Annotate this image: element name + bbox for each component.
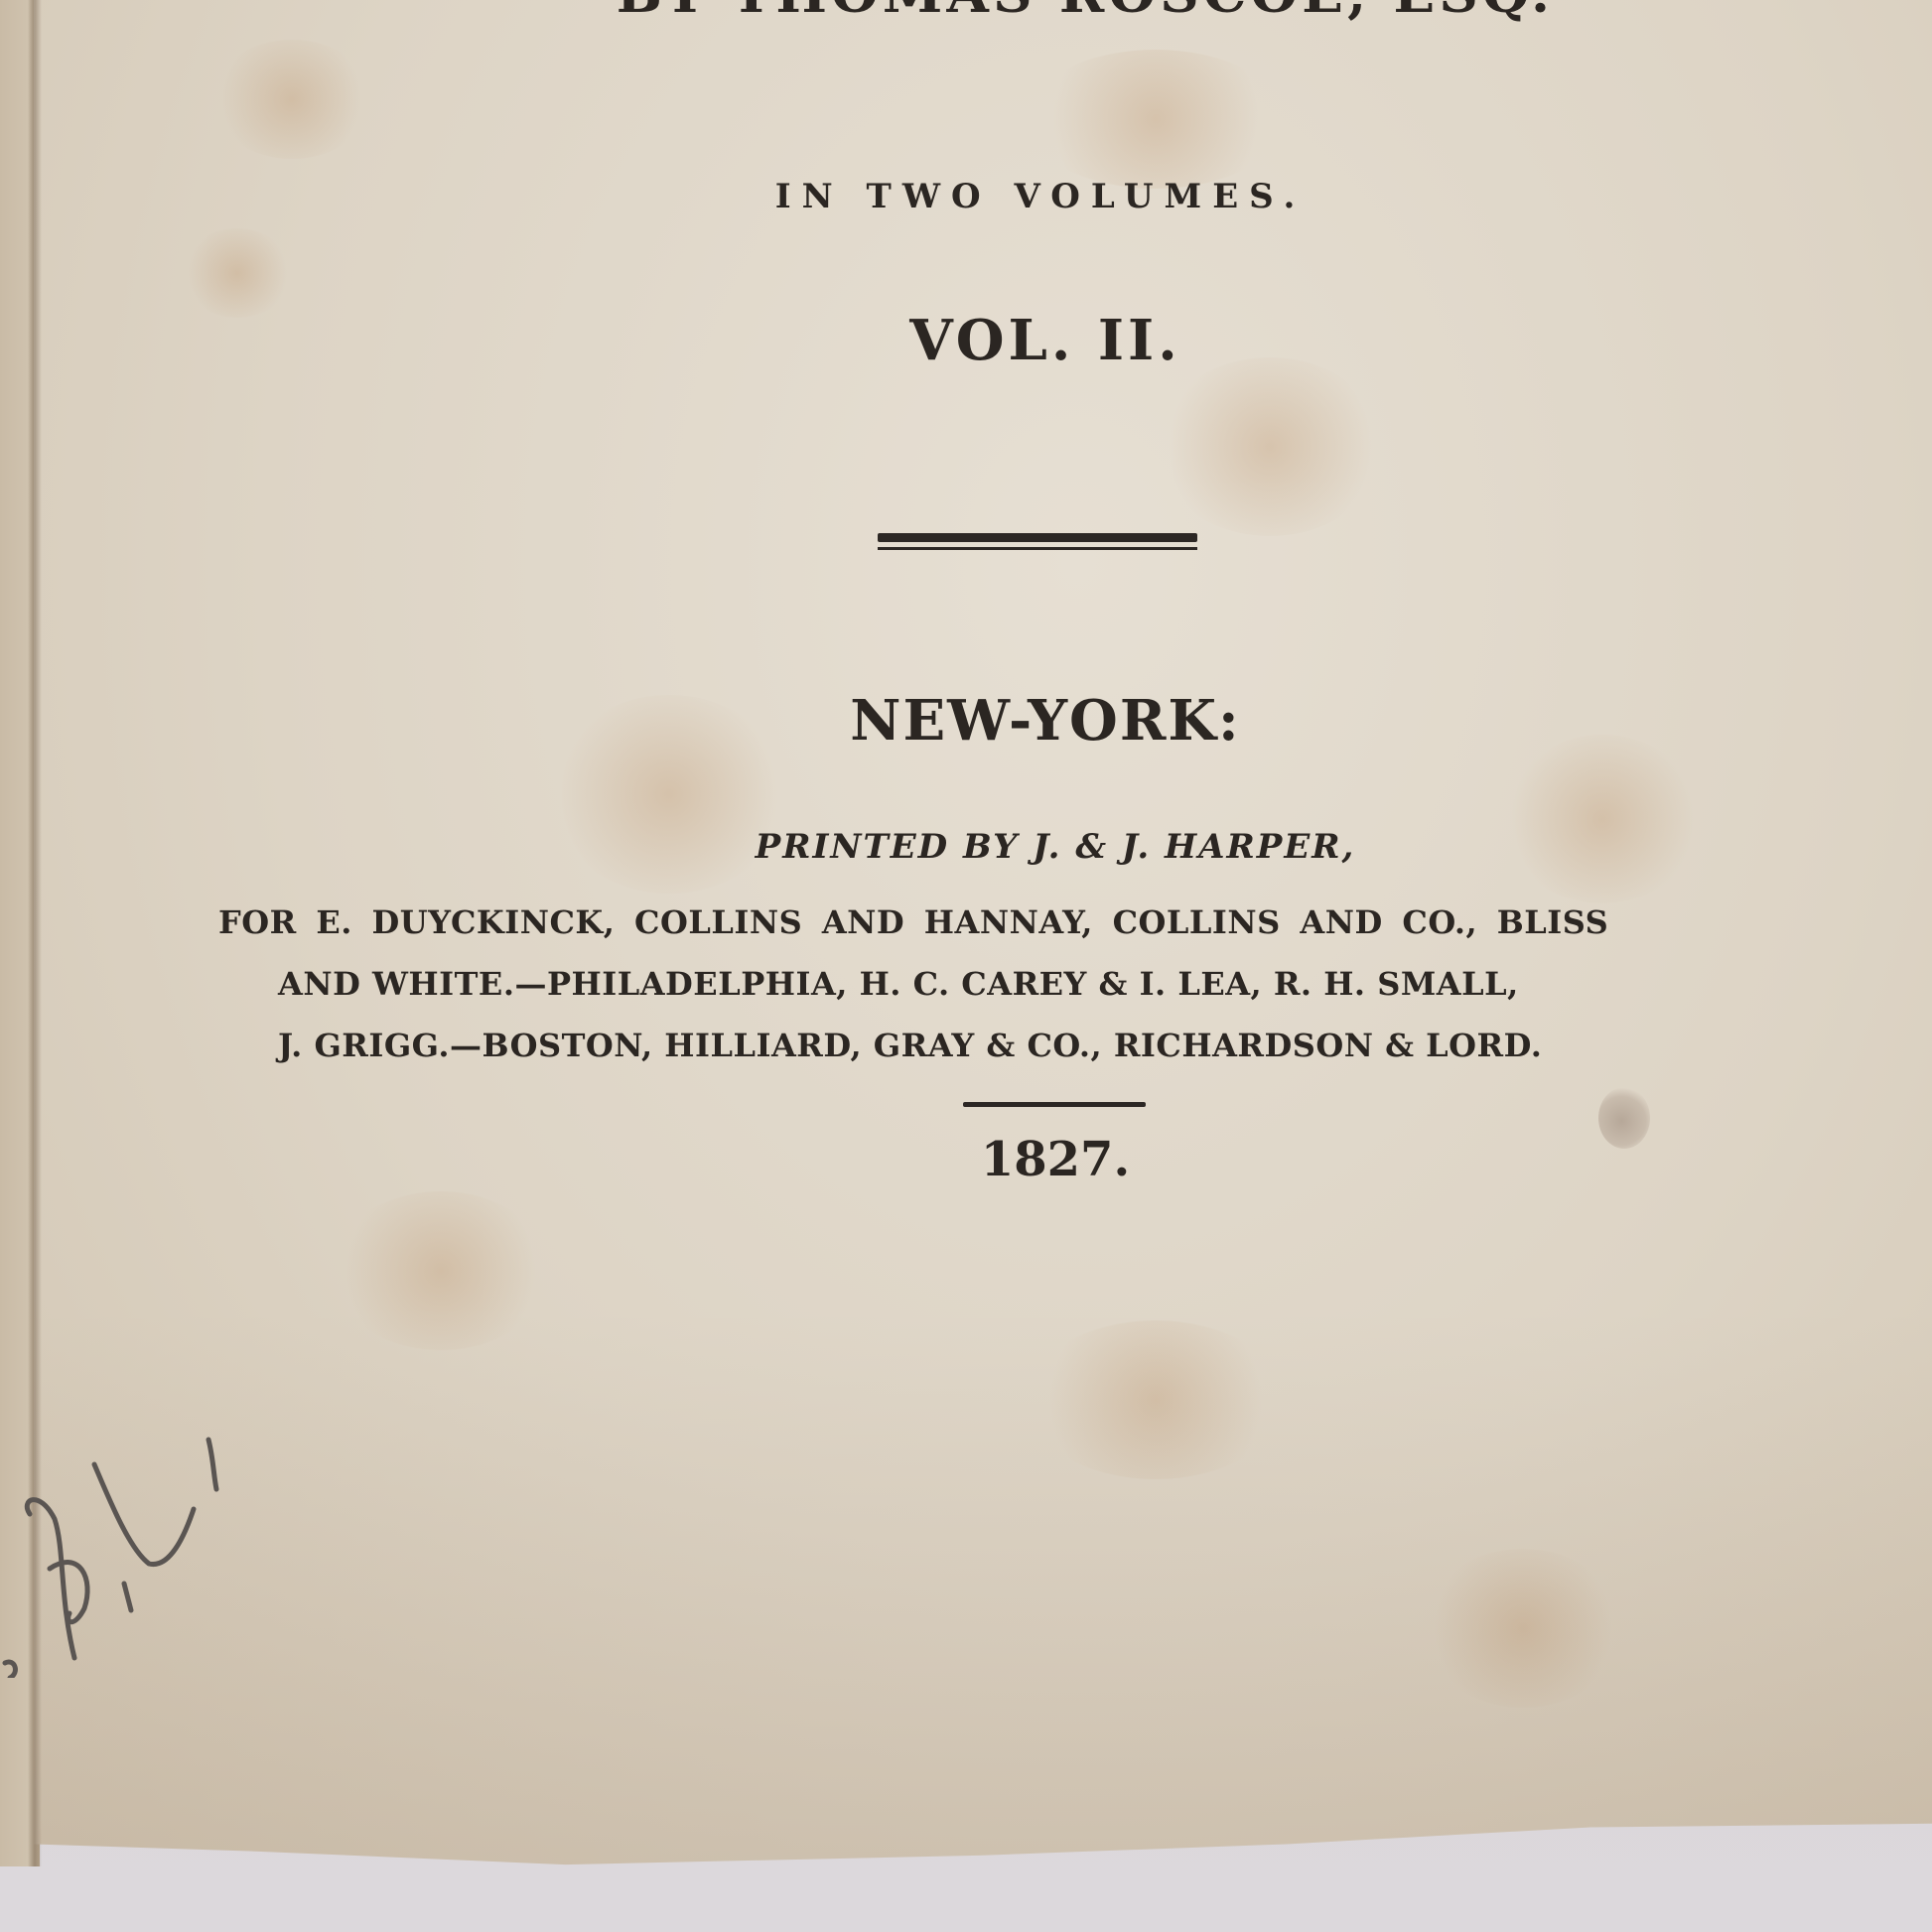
imprint-line-2: AND WHITE.—PHILADELPHIA, H. C. CAREY & I…	[278, 965, 1519, 1003]
imprint-line-3: J. GRIGG.—BOSTON, HILLIARD, GRAY & CO., …	[278, 1027, 1542, 1064]
imprint-line-1: FOR E. DUYCKINCK, COLLINS AND HANNAY, CO…	[218, 903, 1608, 941]
printer-line: PRINTED BY J. & J. HARPER,	[89, 827, 1932, 867]
publication-place: NEW-YORK:	[79, 688, 1932, 754]
photo-scene: BY THOMAS ROSCOE, ESQ. IN TWO VOLUMES. V…	[0, 0, 1932, 1932]
author-byline: BY THOMAS ROSCOE, ESQ.	[70, 0, 1932, 25]
foxing-stain	[183, 228, 292, 318]
volume-number: VOL. II.	[79, 308, 1932, 373]
single-rule-divider	[963, 1102, 1146, 1107]
foxing-stain	[1503, 735, 1702, 903]
foxing-stain	[1156, 357, 1384, 536]
rule-thick	[878, 533, 1197, 542]
rule-thin	[878, 547, 1197, 550]
page-shadow	[34, 1311, 1932, 1866]
double-rule-divider	[878, 533, 1197, 555]
publication-year: 1827.	[89, 1132, 1932, 1187]
pencil-annotation-icon	[0, 1420, 258, 1678]
volumes-note: IN TWO VOLUMES.	[74, 177, 1932, 216]
foxing-stain	[212, 40, 371, 159]
foxing-stain	[1027, 50, 1285, 189]
